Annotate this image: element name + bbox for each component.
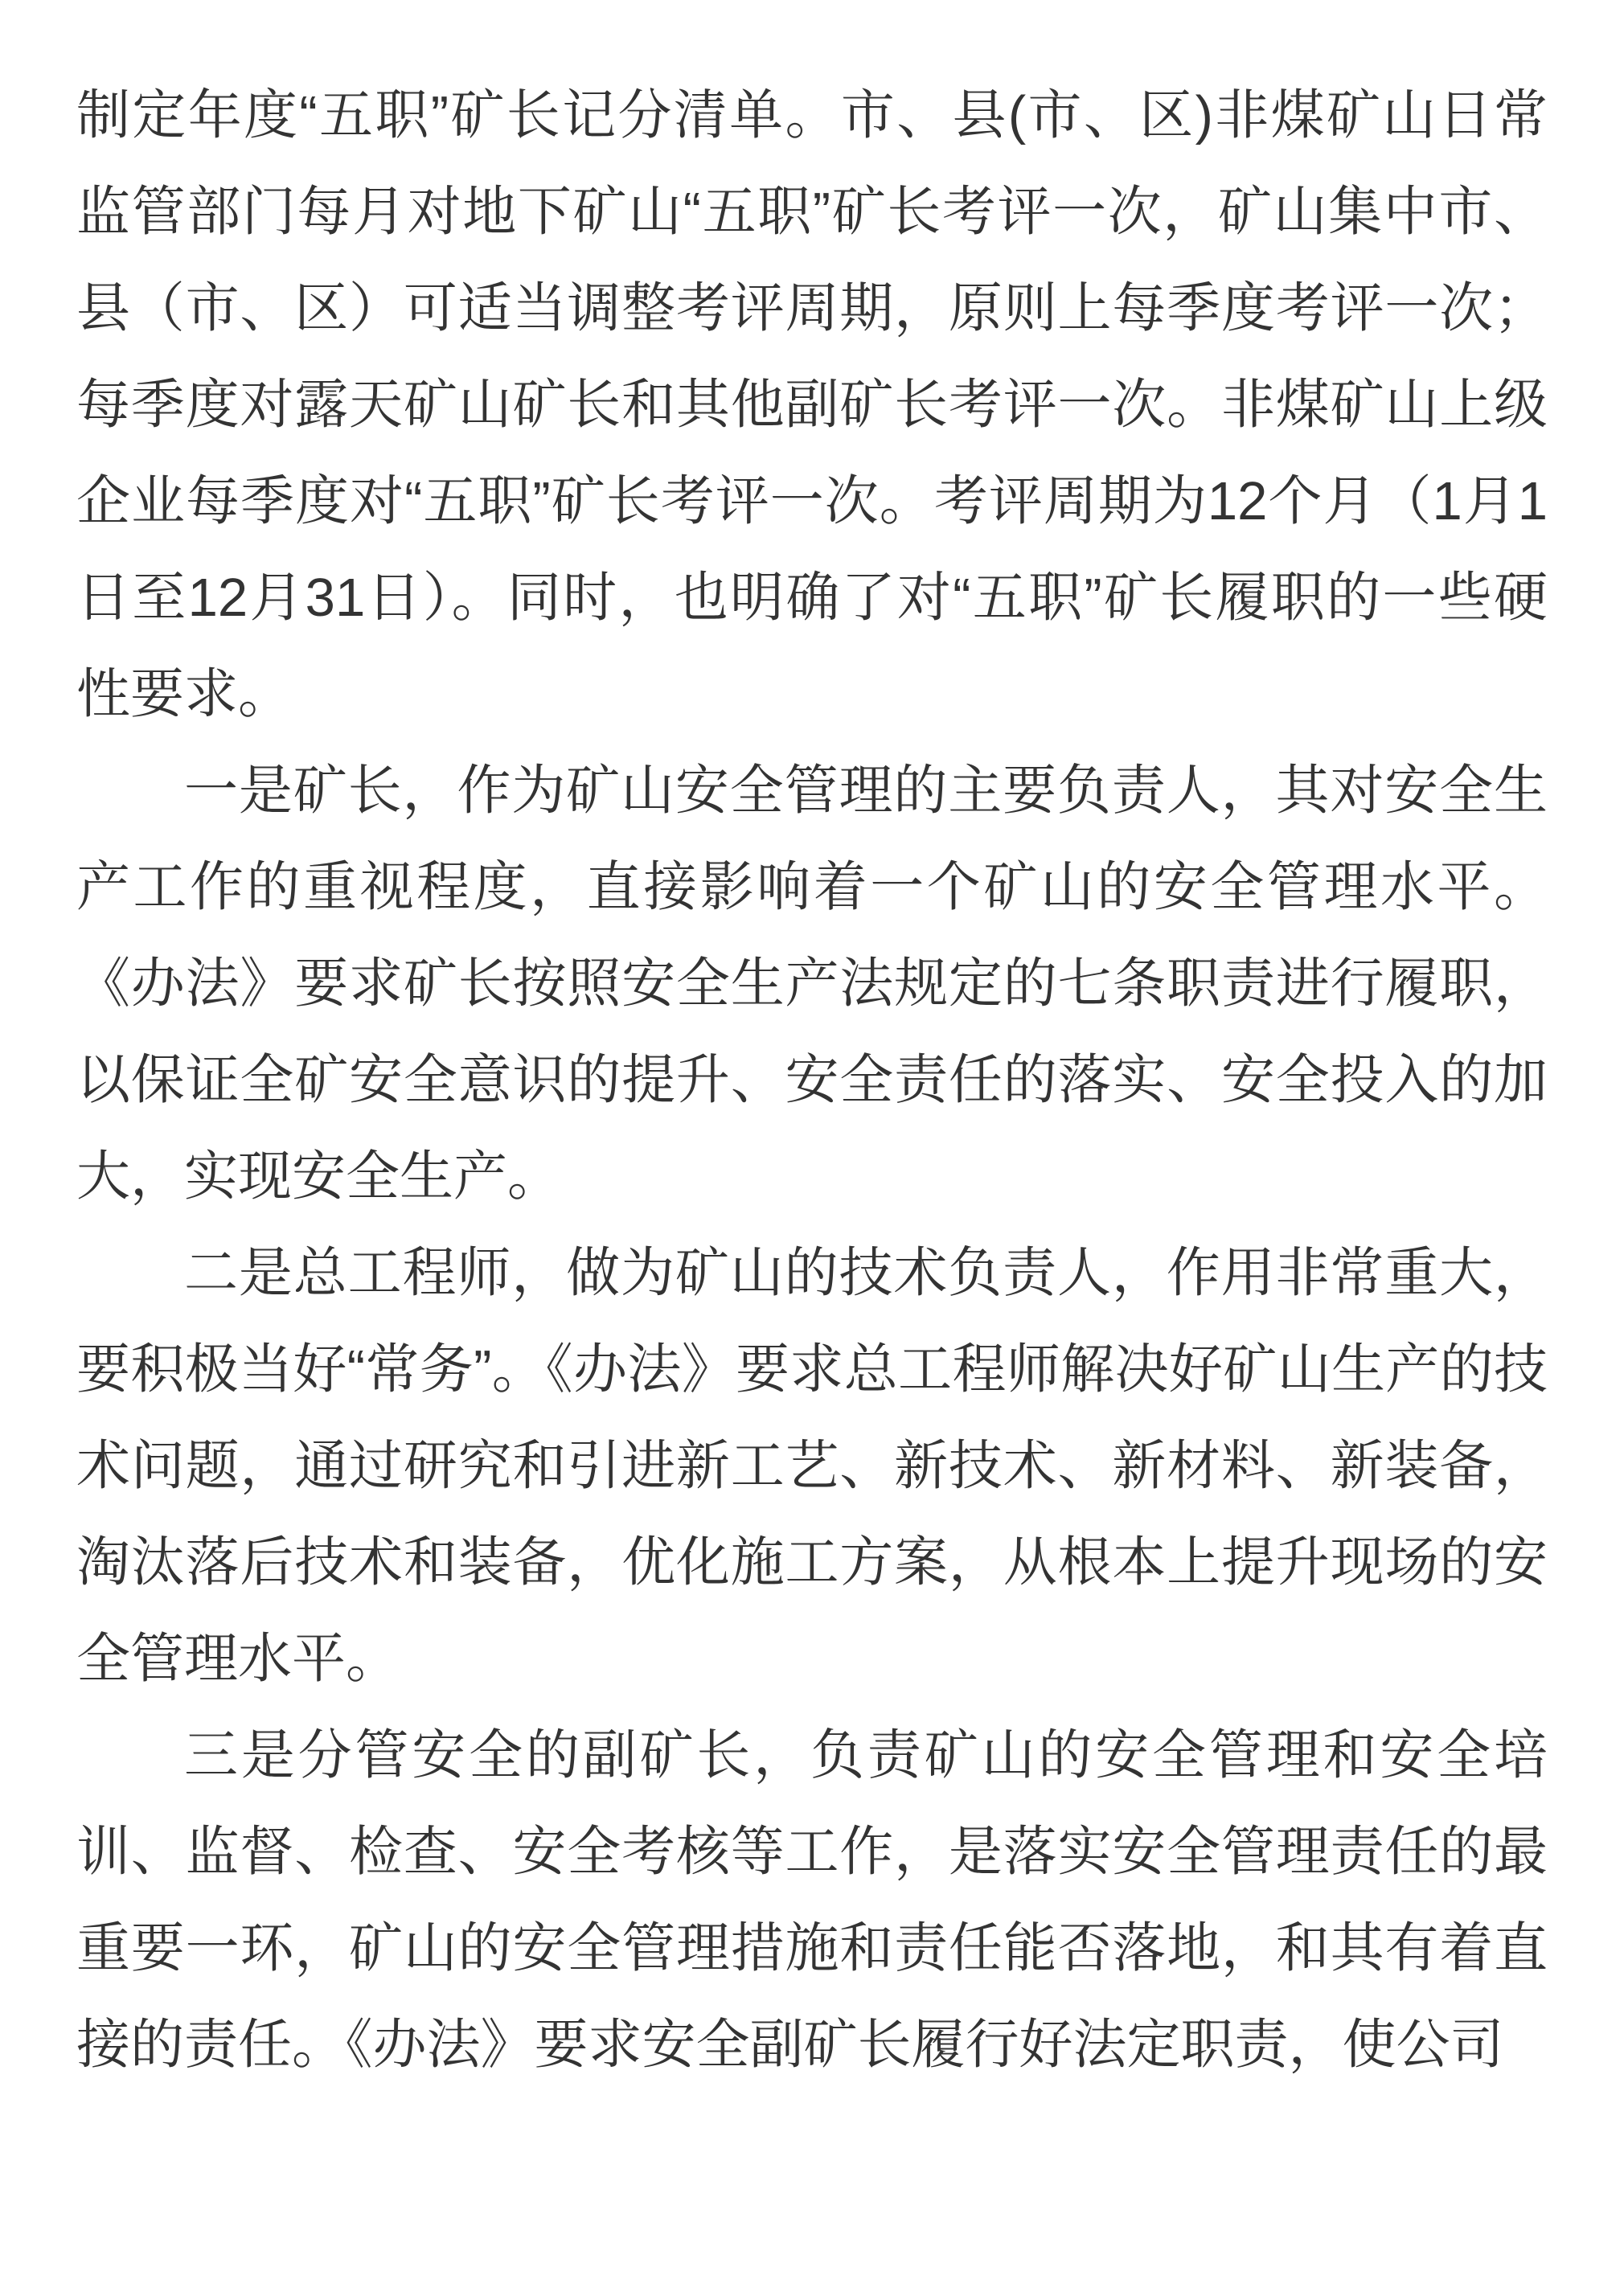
document-page: 制定年度“五职”矿长记分清单。市、县(市、区)非煤矿山日常监管部门每月对地下矿山… [0,0,1624,2296]
paragraph: 制定年度“五职”矿长记分清单。市、县(市、区)非煤矿山日常监管部门每月对地下矿山… [76,68,1548,743]
paragraph: 二是总工程师，做为矿山的技术负责人，作用非常重大，要积极当好“常务”。《办法》要… [76,1225,1548,1708]
paragraph: 三是分管安全的副矿长，负责矿山的安全管理和安全培训、监督、检查、安全考核等工作，… [76,1708,1548,2093]
paragraph: 一是矿长，作为矿山安全管理的主要负责人，其对安全生产工作的重视程度，直接影响着一… [76,743,1548,1225]
